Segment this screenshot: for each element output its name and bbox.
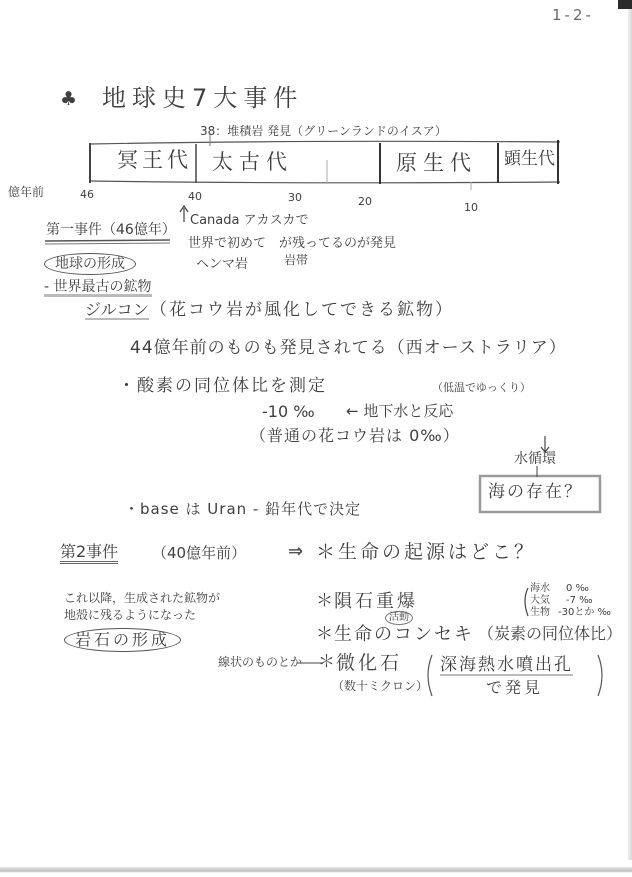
- event2-note-line2: 地殻に残るようになった: [64, 609, 196, 621]
- era-hadean: 冥王代: [117, 150, 192, 171]
- discovered-at: で発見: [486, 680, 543, 696]
- tick-20: 20: [358, 196, 372, 207]
- normal-granite-note: （普通の花コウ岩は 0‰）: [250, 428, 460, 444]
- star-icon: ＊: [318, 654, 335, 671]
- isotope-seawater-value: 0 ‰: [566, 584, 589, 594]
- era-archean: 太古代: [212, 152, 293, 173]
- era-proterozoic: 原生代: [396, 153, 477, 174]
- isotope-biology-label: 生物: [530, 608, 550, 618]
- hydrosphere-label: 水循環: [514, 452, 556, 466]
- isotope-seawater-label: 海水: [530, 584, 550, 594]
- activity-ruby: 活動: [385, 611, 413, 625]
- tick-46: 46: [80, 189, 94, 200]
- event2-circled: 岩石の形成: [64, 628, 181, 652]
- origin-of-life-question: ＊生命の起源はどこ？: [316, 543, 536, 562]
- event1-circled: 地球の形成: [44, 253, 136, 275]
- microfossil: 微化石: [336, 654, 402, 673]
- event2-date: （40億年前）: [152, 546, 246, 561]
- found-44-note: 44億年前のものも発見されてる（西オーストラリア）: [130, 340, 567, 357]
- sea-existence-question: 海の存在？: [488, 484, 583, 501]
- canada-note-line3: ヘンマ岩: [196, 258, 248, 271]
- oxygen-isotope-line: ・酸素の同位体比を測定: [118, 378, 327, 395]
- filament-note: 線状のものとか: [218, 656, 302, 668]
- groundwater-reaction: ← 地下水と反応: [346, 404, 453, 419]
- isotope-atmosphere-label: 大気: [530, 596, 550, 606]
- canada-note-inserted: 岩帯: [284, 254, 308, 266]
- tick-30: 30: [288, 192, 302, 203]
- zircon-label: ジルコン: [85, 302, 149, 320]
- event2-heading: 第2事件: [60, 544, 118, 564]
- carbon-isotope-note: （炭素の同位体比）: [478, 626, 622, 642]
- hydrothermal-vent: 深海熱水噴出孔: [440, 657, 573, 676]
- isotope-atmosphere-value: -7 ‰: [566, 596, 593, 606]
- microfossil-size: （数十ミクロン）: [332, 680, 428, 692]
- event1-heading: 第一事件（46億年）: [46, 223, 176, 237]
- star-icon: ＊: [316, 626, 333, 643]
- event2-note-line1: これ以降，生成された鉱物が: [64, 592, 220, 604]
- canada-note-line2: 世界で初めて が残ってるのが発見: [188, 237, 396, 250]
- era-phanerozoic: 顕生代: [504, 151, 555, 168]
- tick-10: 10: [464, 202, 478, 213]
- isotope-biology-value: -30とか ‰: [558, 608, 611, 618]
- axis-unit-label: 億年前: [8, 186, 44, 198]
- uranium-lead-note: ・base は Uran - 鉛年代で決定: [124, 502, 361, 517]
- heavy-bombardment: 隕石重爆: [334, 593, 418, 611]
- oxygen-value: -10 ‰: [262, 404, 315, 420]
- oldest-mineral-heading: - 世界最古の鉱物: [44, 280, 152, 297]
- zircon-description: （花コウ岩が風化してできる鉱物）: [150, 302, 454, 319]
- canada-note-line1: Canada アカスカで: [190, 214, 308, 227]
- tick-40: 40: [188, 191, 202, 202]
- life-traces: 生命のコンセキ: [334, 626, 474, 644]
- double-arrow-icon: ⇒: [288, 543, 303, 561]
- low-temp-note: （低温でゆっくり）: [432, 382, 531, 393]
- star-icon: ＊: [316, 593, 333, 610]
